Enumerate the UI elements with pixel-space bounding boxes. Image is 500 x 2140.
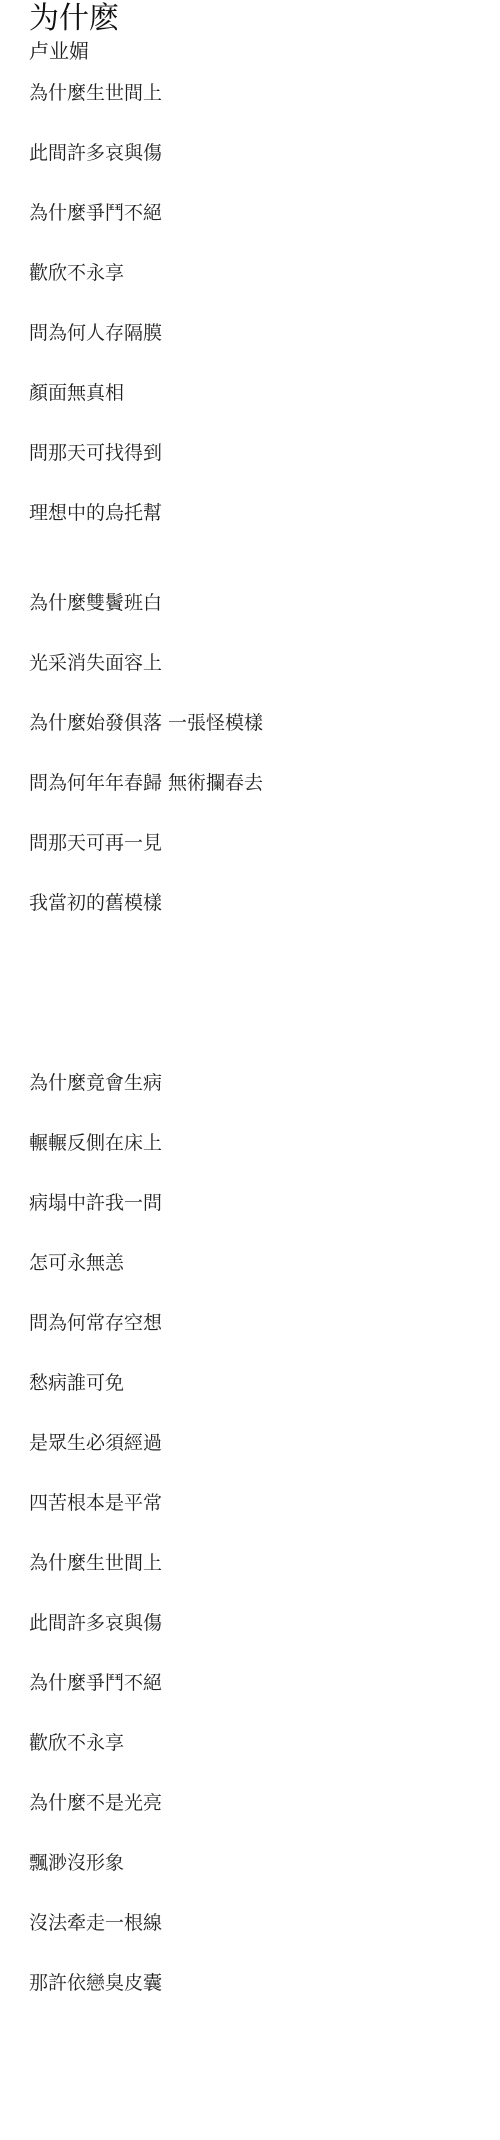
lyric-line: 為什麼爭鬥不絕 [29,1671,162,1695]
lyric-line: 是眾生必須經過 [29,1431,162,1455]
artist-name: 卢业媚 [29,38,489,64]
lyric-line: 此間許多哀與傷 [29,141,162,165]
lyric-line: 顏面無真相 [29,381,124,405]
lyric-line: 為什麼不是光亮 [29,1791,162,1815]
lyric-line: 光采消失面容上 [29,651,162,675]
lyric-line: 為什麼生世間上 [29,81,162,105]
song-title: 为什麽 [29,0,489,38]
lyric-line: 為什麼竟會生病 [29,1071,162,1095]
lyric-line: 問那天可再一見 [29,831,162,855]
lyric-line: 為什麼雙鬢班白 [29,591,162,615]
lyric-line: 問那天可找得到 [29,441,162,465]
lyric-line: 問為何年年春歸 無術攔春去 [29,771,263,795]
lyric-line: 此間許多哀與傷 [29,1611,162,1635]
lyric-line: 愁病誰可免 [29,1371,124,1395]
lyric-line: 問為何人存隔膜 [29,321,162,345]
lyric-line: 怎可永無恙 [29,1251,124,1275]
lyric-line: 為什麼始發俱落 一張怪模樣 [29,711,263,735]
lyric-line: 沒法牽走一根線 [29,1911,162,1935]
lyric-line: 病塌中許我一問 [29,1191,162,1215]
lyric-line: 飄渺沒形象 [29,1851,124,1875]
lyric-line: 歡欣不永享 [29,261,124,285]
lyric-line: 為什麼爭鬥不絕 [29,201,162,225]
lyric-line: 輾輾反側在床上 [29,1131,162,1155]
lyric-line: 歡欣不永享 [29,1731,124,1755]
lyric-line: 為什麼生世間上 [29,1551,162,1575]
lyric-line: 問為何常存空想 [29,1311,162,1335]
lyrics-page: 为什麽 卢业媚 [29,0,489,64]
lyric-line: 那許依戀臭皮囊 [29,1971,162,1995]
lyric-line: 我當初的舊模樣 [29,891,162,915]
lyric-line: 四苦根本是平常 [29,1491,162,1515]
lyric-line: 理想中的烏托幫 [29,501,162,525]
